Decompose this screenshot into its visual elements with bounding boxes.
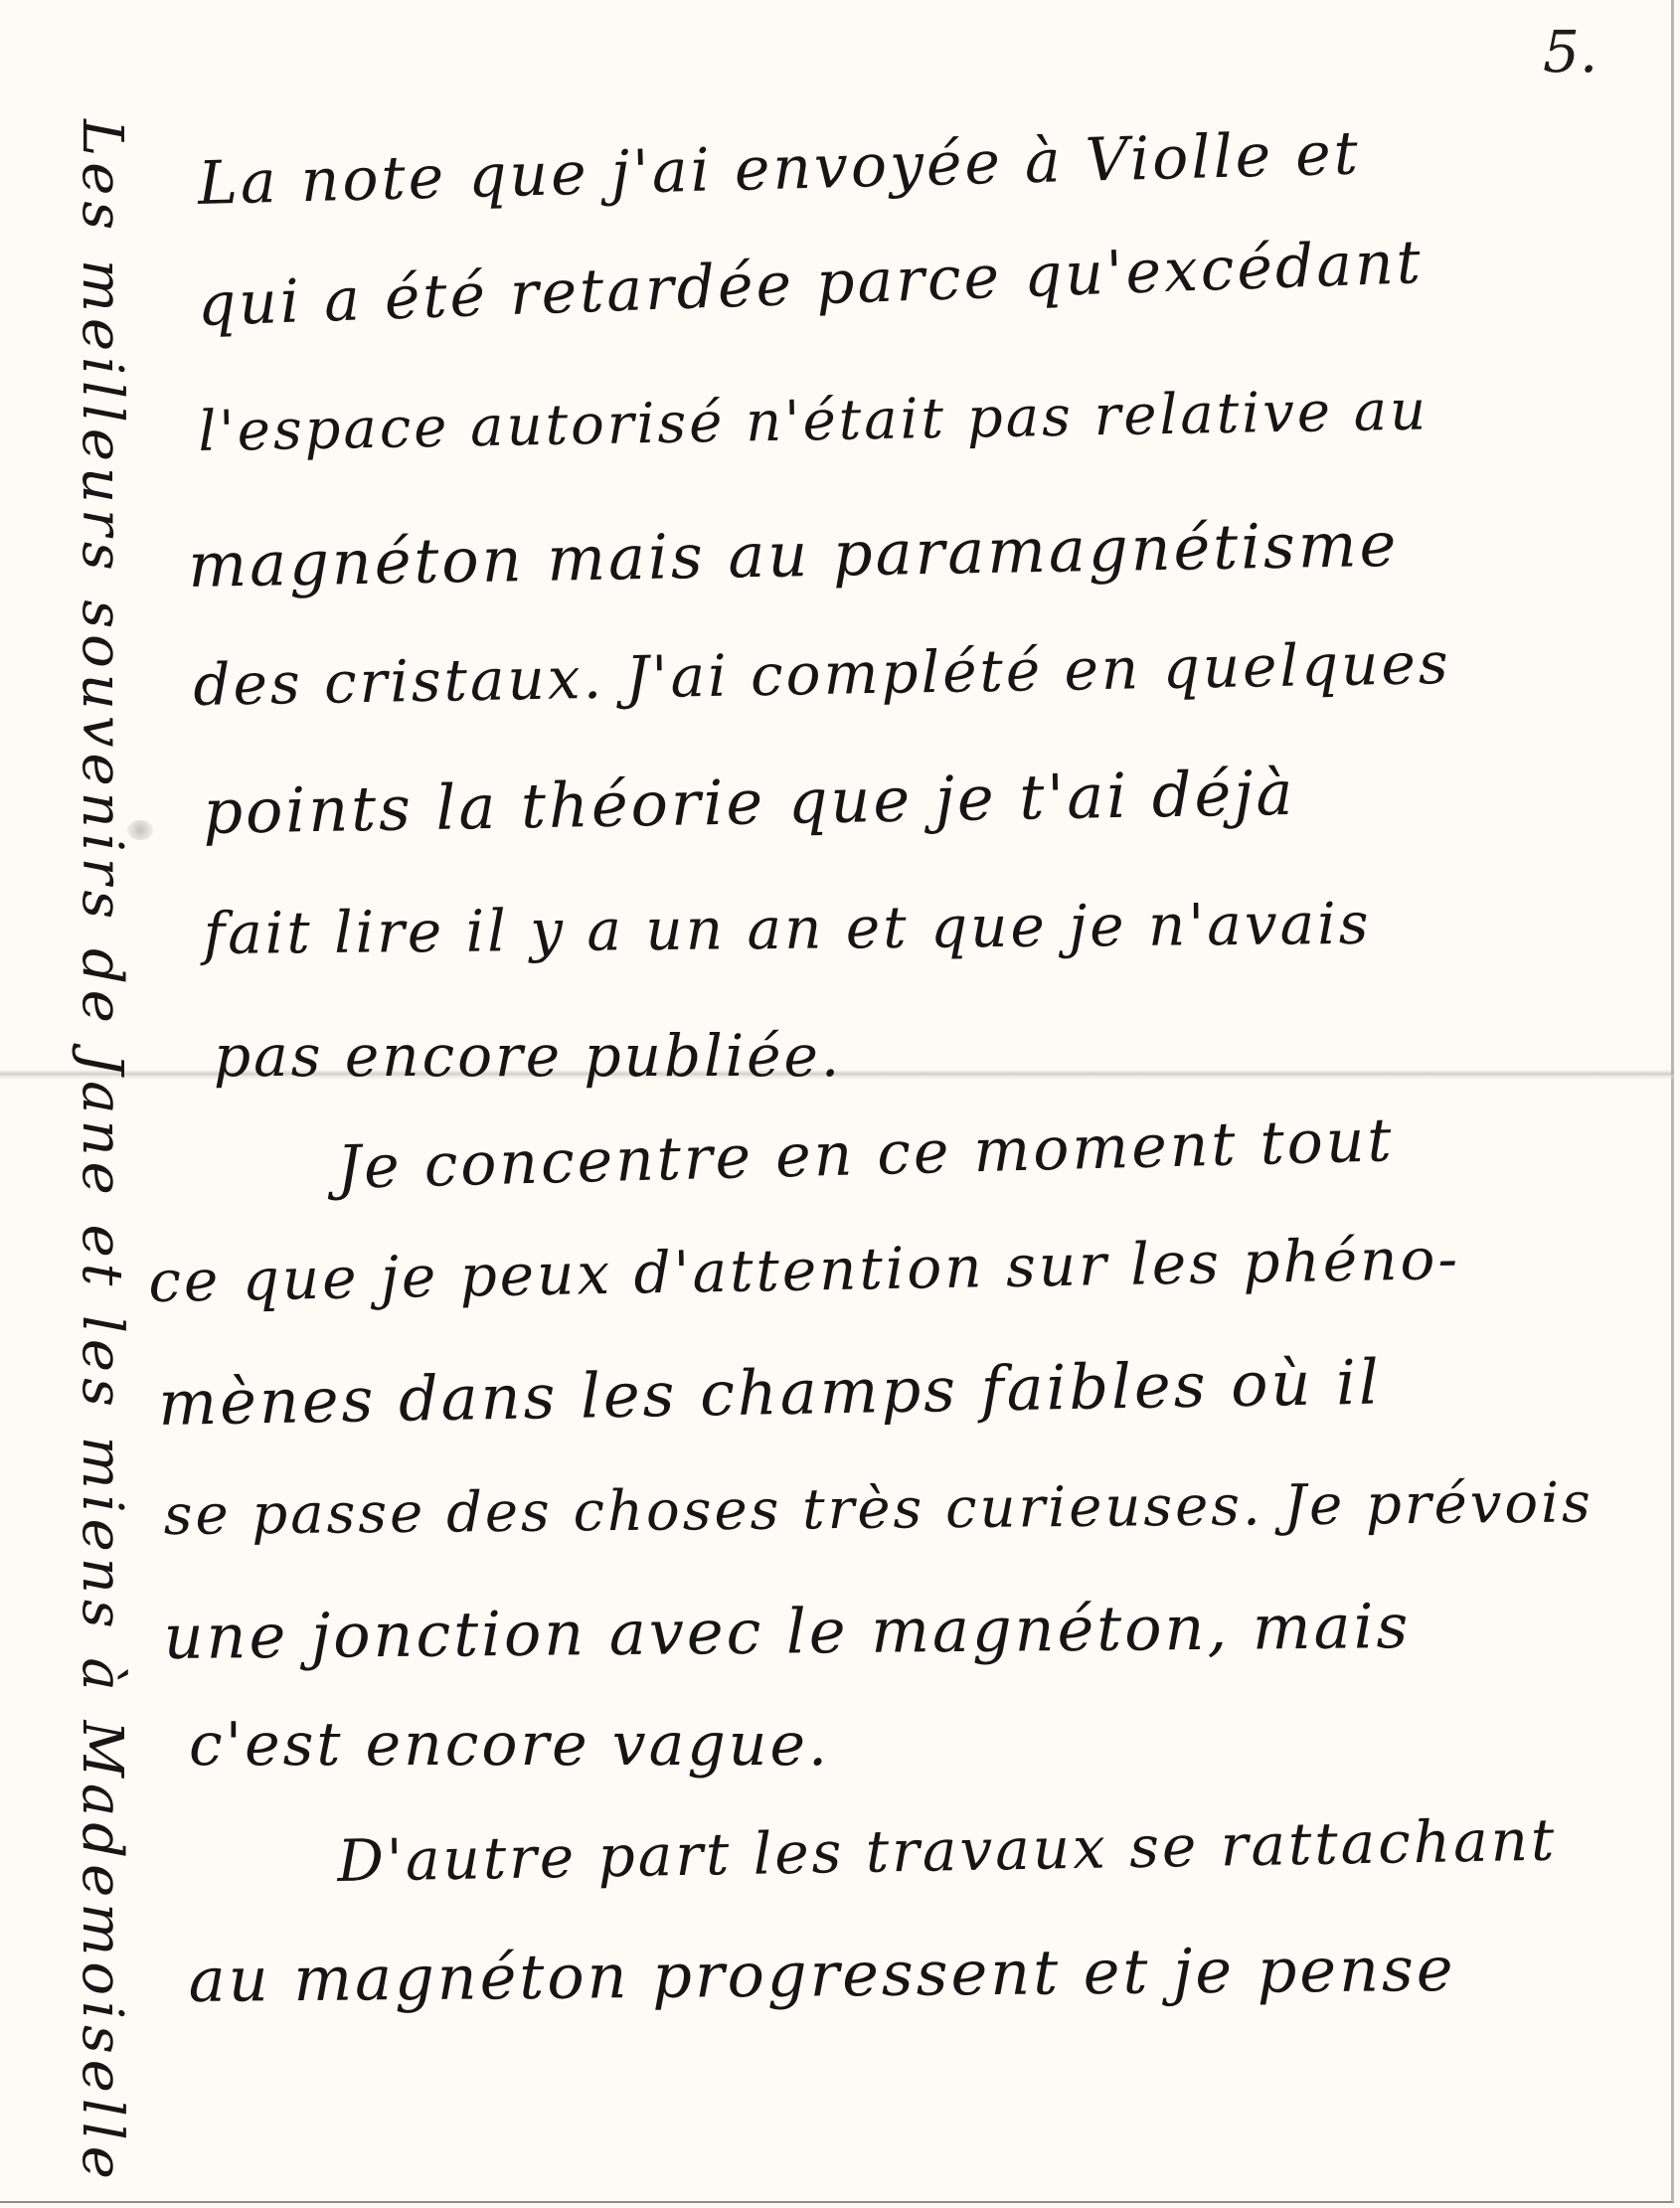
letter-line: une jonction avec le magnéton, mais <box>163 1590 1411 1673</box>
letter-line: points la théorie que je t'ai déjà <box>203 757 1296 848</box>
letter-line: au magnéton progressent et je pense <box>188 1933 1455 2016</box>
letter-line: Je concentre en ce moment tout <box>336 1105 1395 1203</box>
letter-line: l'espace autorisé n'était pas relative a… <box>198 378 1429 464</box>
letter-line: se passe des choses très curieuses. Je p… <box>163 1470 1594 1548</box>
page-number: 5. <box>1543 18 1597 85</box>
letter-line: c'est encore vague. <box>189 1710 830 1780</box>
letter-line: magnéton mais au paramagnétisme <box>188 508 1400 601</box>
letter-line: pas encore publiée. <box>214 1022 842 1090</box>
letter-line: des cristaux. J'ai complété en quelques <box>193 629 1451 719</box>
letter-line: fait lire il y a un an et que je n'avais <box>203 890 1371 967</box>
letter-line: La note que j'ai envoyée à Violle et <box>197 118 1362 219</box>
letter-line: qui a été retardée parce qu'excédant <box>197 228 1425 340</box>
margin-note-vertical: Les meilleurs souvenirs de Jane et les m… <box>70 119 134 2197</box>
letter-line: mènes dans les champs faibles où il <box>158 1346 1383 1440</box>
letter-line: D'autre part les travaux se rattachant <box>337 1806 1558 1895</box>
letter-line: ce que je peux d'attention sur les phéno… <box>148 1225 1461 1315</box>
letter-page: 5. Les meilleurs souvenirs de Jane et le… <box>0 0 1674 2203</box>
